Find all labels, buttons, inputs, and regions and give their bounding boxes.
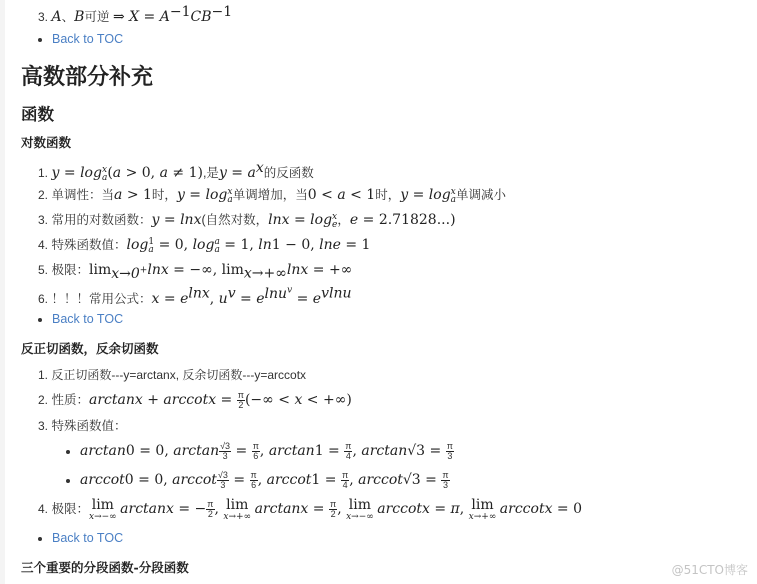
list-item: 3. 常用的对数函数：y = lnx(自然对数，lnx = logxe，e = … bbox=[38, 210, 456, 229]
list-number: 4. bbox=[38, 238, 48, 252]
bullet-icon bbox=[66, 450, 70, 454]
text: 单调增加，当 bbox=[233, 188, 308, 202]
text: 极限： bbox=[52, 263, 90, 277]
text: ， bbox=[337, 213, 350, 227]
text: 可逆 bbox=[84, 10, 109, 24]
bullet-icon bbox=[38, 38, 42, 42]
text: 特殊函数值： bbox=[52, 238, 127, 252]
text: 反正切函数---y=arctanx, 反余切函数---y=arccotx bbox=[51, 368, 306, 382]
list-item: 5. 极限：limx→0+lnx = −∞, limx→+∞lnx = +∞ bbox=[38, 260, 352, 282]
arc-section-title: 反正切函数，反余切函数 bbox=[21, 339, 159, 357]
list-number: 6. bbox=[38, 292, 48, 306]
back-to-toc-link[interactable]: Back to TOC bbox=[52, 32, 123, 46]
text: 时， bbox=[152, 188, 177, 202]
text: (自然对数， bbox=[201, 213, 268, 227]
bullet-icon bbox=[66, 479, 70, 483]
list-number: 4. bbox=[38, 502, 48, 516]
back-to-toc-link[interactable]: Back to TOC bbox=[52, 531, 123, 545]
list-item: 4. 特殊函数值：log1a = 0, logaa = 1, ln1 − 0, … bbox=[38, 235, 370, 254]
subsection-title: 函数 bbox=[21, 101, 54, 125]
text: ！！！常用公式： bbox=[52, 292, 152, 306]
text: 性质： bbox=[52, 393, 90, 407]
piecewise-section-title: 三个重要的分段函数-分段函数 bbox=[21, 558, 189, 576]
arc-heading: 反正切函数，反余切函数 bbox=[21, 339, 159, 357]
list-number: 1. bbox=[38, 166, 48, 180]
text: 极限： bbox=[52, 502, 90, 516]
back-to-toc-item: Back to TOC bbox=[38, 531, 123, 545]
log-section-title: 对数函数 bbox=[21, 133, 71, 151]
text: 常用的对数函数： bbox=[52, 213, 152, 227]
list-number: 2. bbox=[38, 393, 48, 407]
list-item: 2. 单调性：当a > 1时，y = logxa单调增加，当0 < a < 1时… bbox=[38, 185, 506, 204]
text: 单调性：当 bbox=[52, 188, 115, 202]
text: 、 bbox=[62, 10, 75, 24]
next-heading: 三个重要的分段函数-分段函数 bbox=[21, 558, 189, 576]
list-item: 3. A、B可逆 ⇒ X = A−1CB−1 bbox=[38, 4, 232, 25]
back-to-toc-item: Back to TOC bbox=[38, 32, 123, 46]
text: 的反函数 bbox=[264, 166, 314, 180]
log-heading: 对数函数 bbox=[21, 133, 71, 151]
list-number: 3. bbox=[38, 10, 48, 24]
list-item: 4. 极限：limx→−∞ arctanx = −π2, limx→+∞ arc… bbox=[38, 499, 582, 522]
list-number: 3. bbox=[38, 213, 48, 227]
text: ,是 bbox=[203, 166, 219, 180]
list-number: 3. bbox=[38, 419, 48, 433]
bullet-icon bbox=[38, 537, 42, 541]
sub-list-item: arctan0 = 0, arctan√33 = π6, arctan1 = π… bbox=[66, 442, 454, 461]
list-item: 1. 反正切函数---y=arctanx, 反余切函数---y=arccotx bbox=[38, 366, 306, 383]
list-number: 1. bbox=[38, 368, 48, 382]
bullet-icon bbox=[38, 318, 42, 322]
list-item: 6. ！！！常用公式：x = elnx, uv = elnuv = evlnu bbox=[38, 285, 352, 307]
list-number: 2. bbox=[38, 188, 48, 202]
section-heading-h2: 函数 bbox=[21, 101, 54, 125]
sub-list-item: arccot0 = 0, arccot√33 = π6, arccot1 = π… bbox=[66, 471, 450, 490]
section-heading-h1: 高数部分补充 bbox=[21, 60, 153, 91]
text: 时， bbox=[375, 188, 400, 202]
text: 单调减小 bbox=[456, 188, 506, 202]
back-to-toc-item: Back to TOC bbox=[38, 312, 123, 326]
list-item: 2. 性质：arctanx + arccotx = π2(−∞ < x < +∞… bbox=[38, 390, 352, 410]
left-gutter bbox=[0, 0, 5, 584]
list-number: 5. bbox=[38, 263, 48, 277]
watermark: @51CTO博客 bbox=[672, 561, 748, 578]
text: 特殊函数值： bbox=[52, 419, 127, 433]
list-item: 3. 特殊函数值： bbox=[38, 416, 127, 434]
back-to-toc-link[interactable]: Back to TOC bbox=[52, 312, 123, 326]
page-title: 高数部分补充 bbox=[21, 60, 153, 91]
list-item: 1. y = logxa(a > 0, a ≠ 1),是y = ax的反函数 bbox=[38, 160, 314, 182]
